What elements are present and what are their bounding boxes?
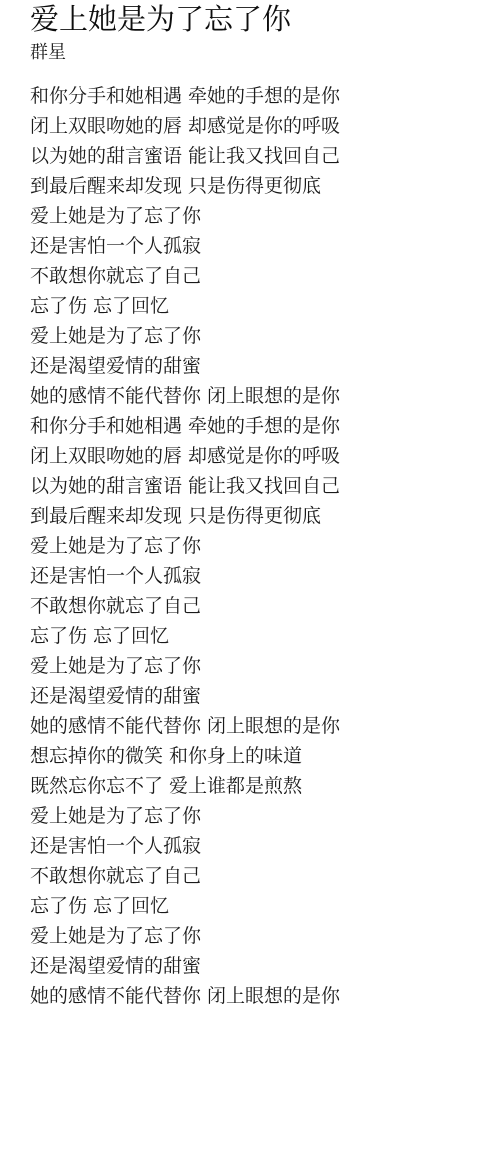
lyric-line: 她的感情不能代替你 闭上眼想的是你 xyxy=(30,711,490,741)
lyric-line: 到最后醒来却发现 只是伤得更彻底 xyxy=(30,501,490,531)
lyric-line: 她的感情不能代替你 闭上眼想的是你 xyxy=(30,981,490,1011)
lyric-line: 闭上双眼吻她的唇 却感觉是你的呼吸 xyxy=(30,441,490,471)
lyric-line: 和你分手和她相遇 牵她的手想的是你 xyxy=(30,81,490,111)
lyric-line: 她的感情不能代替你 闭上眼想的是你 xyxy=(30,381,490,411)
lyric-line: 还是害怕一个人孤寂 xyxy=(30,561,490,591)
lyric-line: 和你分手和她相遇 牵她的手想的是你 xyxy=(30,411,490,441)
lyric-line: 到最后醒来却发现 只是伤得更彻底 xyxy=(30,171,490,201)
lyric-line: 以为她的甜言蜜语 能让我又找回自己 xyxy=(30,471,490,501)
lyric-line: 爱上她是为了忘了你 xyxy=(30,321,490,351)
lyric-line: 想忘掉你的微笑 和你身上的味道 xyxy=(30,741,490,771)
lyric-line: 爱上她是为了忘了你 xyxy=(30,921,490,951)
lyric-line: 忘了伤 忘了回忆 xyxy=(30,291,490,321)
lyric-line: 还是渴望爱情的甜蜜 xyxy=(30,951,490,981)
lyric-line: 以为她的甜言蜜语 能让我又找回自己 xyxy=(30,141,490,171)
lyrics-body: 和你分手和她相遇 牵她的手想的是你 闭上双眼吻她的唇 却感觉是你的呼吸 以为她的… xyxy=(30,81,490,1011)
lyric-line: 忘了伤 忘了回忆 xyxy=(30,891,490,921)
lyric-line: 还是害怕一个人孤寂 xyxy=(30,831,490,861)
lyric-line: 爱上她是为了忘了你 xyxy=(30,801,490,831)
lyric-line: 闭上双眼吻她的唇 却感觉是你的呼吸 xyxy=(30,111,490,141)
lyric-line: 爱上她是为了忘了你 xyxy=(30,651,490,681)
lyric-line: 还是害怕一个人孤寂 xyxy=(30,231,490,261)
lyric-line: 还是渴望爱情的甜蜜 xyxy=(30,351,490,381)
lyric-line: 忘了伤 忘了回忆 xyxy=(30,621,490,651)
lyric-line: 不敢想你就忘了自己 xyxy=(30,861,490,891)
lyric-line: 爱上她是为了忘了你 xyxy=(30,531,490,561)
artist-name: 群星 xyxy=(30,41,490,65)
lyric-line: 不敢想你就忘了自己 xyxy=(30,261,490,291)
lyrics-page: 爱上她是为了忘了你 群星 和你分手和她相遇 牵她的手想的是你 闭上双眼吻她的唇 … xyxy=(30,0,490,1011)
lyric-line: 爱上她是为了忘了你 xyxy=(30,201,490,231)
song-title: 爱上她是为了忘了你 xyxy=(30,0,490,37)
lyric-line: 既然忘你忘不了 爱上谁都是煎熬 xyxy=(30,771,490,801)
lyric-line: 不敢想你就忘了自己 xyxy=(30,591,490,621)
lyric-line: 还是渴望爱情的甜蜜 xyxy=(30,681,490,711)
